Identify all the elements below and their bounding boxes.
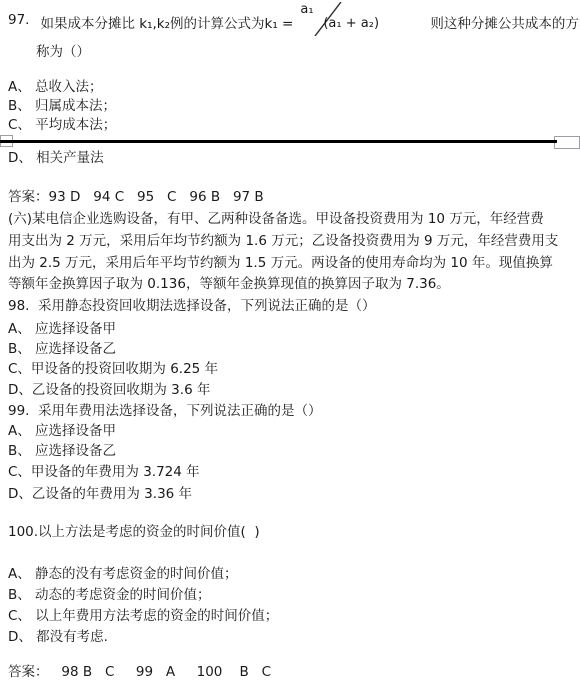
question-97-stem-line2: 称为（）	[36, 44, 90, 61]
section6-paragraph-line-3: 出为 2.5 万元，采用后年平均节约额为 1.5 万元。两设备的使用寿命均为 1…	[8, 255, 553, 272]
option-98-c: C、甲设备的投资回收期为 6.25 年	[8, 361, 218, 378]
option-99-d: D、乙设备的年费用为 3.36 年	[8, 486, 192, 503]
question-97-stem-line1: 97. 如果成本分摊比 k₁,k₂例的计算公式为k₁ = a₁ (a₁ + a₂…	[8, 2, 580, 36]
question-97-stem-text-1: 如果成本分摊比 k₁,k₂例的计算公式为k₁ =	[40, 2, 293, 32]
formula-denominator: (a₁ + a₂)	[323, 16, 379, 31]
option-98-b: B、 应选择设备乙	[8, 341, 116, 358]
option-97-a: A、 总收入法；	[8, 79, 103, 96]
option-99-a: A、 应选择设备甲	[8, 423, 116, 440]
question-97-number: 97.	[8, 2, 29, 28]
answers-line-93-97: 答案：93 D 94 C 95 C 96 B 97 B	[8, 189, 264, 206]
question-99-stem: 99. 采用年费用法选择设备，下列说法正确的是（）	[8, 403, 322, 420]
page-break-handle-right[interactable]	[554, 136, 580, 149]
section6-paragraph-line-2: 用支出为 2 万元，采用后年均节约额为 1.6 万元；乙设备投资费用为 9 万元…	[8, 233, 558, 250]
option-99-b: B、 应选择设备乙	[8, 443, 116, 460]
question-97-stem-text-2: 则这种分摊公共成本的方法	[430, 2, 580, 32]
section6-paragraph-line-4: 等额年金换算因子取为 0.136，等额年金换算现值的换算因子取为 7.36。	[8, 276, 450, 293]
fraction-formula: a₁ (a₁ + a₂)	[298, 2, 398, 36]
option-100-d: D、 都没有考虑.	[8, 629, 108, 646]
option-100-a: A、 静态的没有考虑资金的时间价值；	[8, 566, 238, 583]
document-page: 97. 如果成本分摊比 k₁,k₂例的计算公式为k₁ = a₁ (a₁ + a₂…	[0, 0, 580, 686]
question-98-stem: 98. 采用静态投资回收期法选择设备，下列说法正确的是（）	[8, 298, 376, 315]
option-98-a: A、 应选择设备甲	[8, 321, 116, 338]
option-100-b: B、 动态的考虑资金的时间价值；	[8, 587, 211, 604]
question-100-stem: 100.以上方法是考虑的资金的时间价值( )	[8, 524, 260, 541]
option-97-d: D、 相关产量法	[8, 150, 104, 167]
answers-line-98-100: 答案： 98 B C 99 A 100 B C	[8, 664, 271, 681]
page-break-line	[0, 140, 557, 143]
option-98-d: D、乙设备的投资回收期为 3.6 年	[8, 382, 210, 399]
option-97-b: B、 归属成本法；	[8, 98, 116, 115]
option-99-c: C、甲设备的年费用为 3.724 年	[8, 464, 200, 481]
option-100-c: C、 以上年费用方法考虑的资金的时间价值；	[8, 608, 278, 625]
formula-numerator: a₁	[300, 2, 313, 17]
section6-paragraph-line-1: (六)某电信企业选购设备，有甲、乙两种设备备选。甲设备投资费用为 10 万元，年…	[8, 211, 544, 228]
option-97-c: C、 平均成本法；	[8, 117, 116, 134]
